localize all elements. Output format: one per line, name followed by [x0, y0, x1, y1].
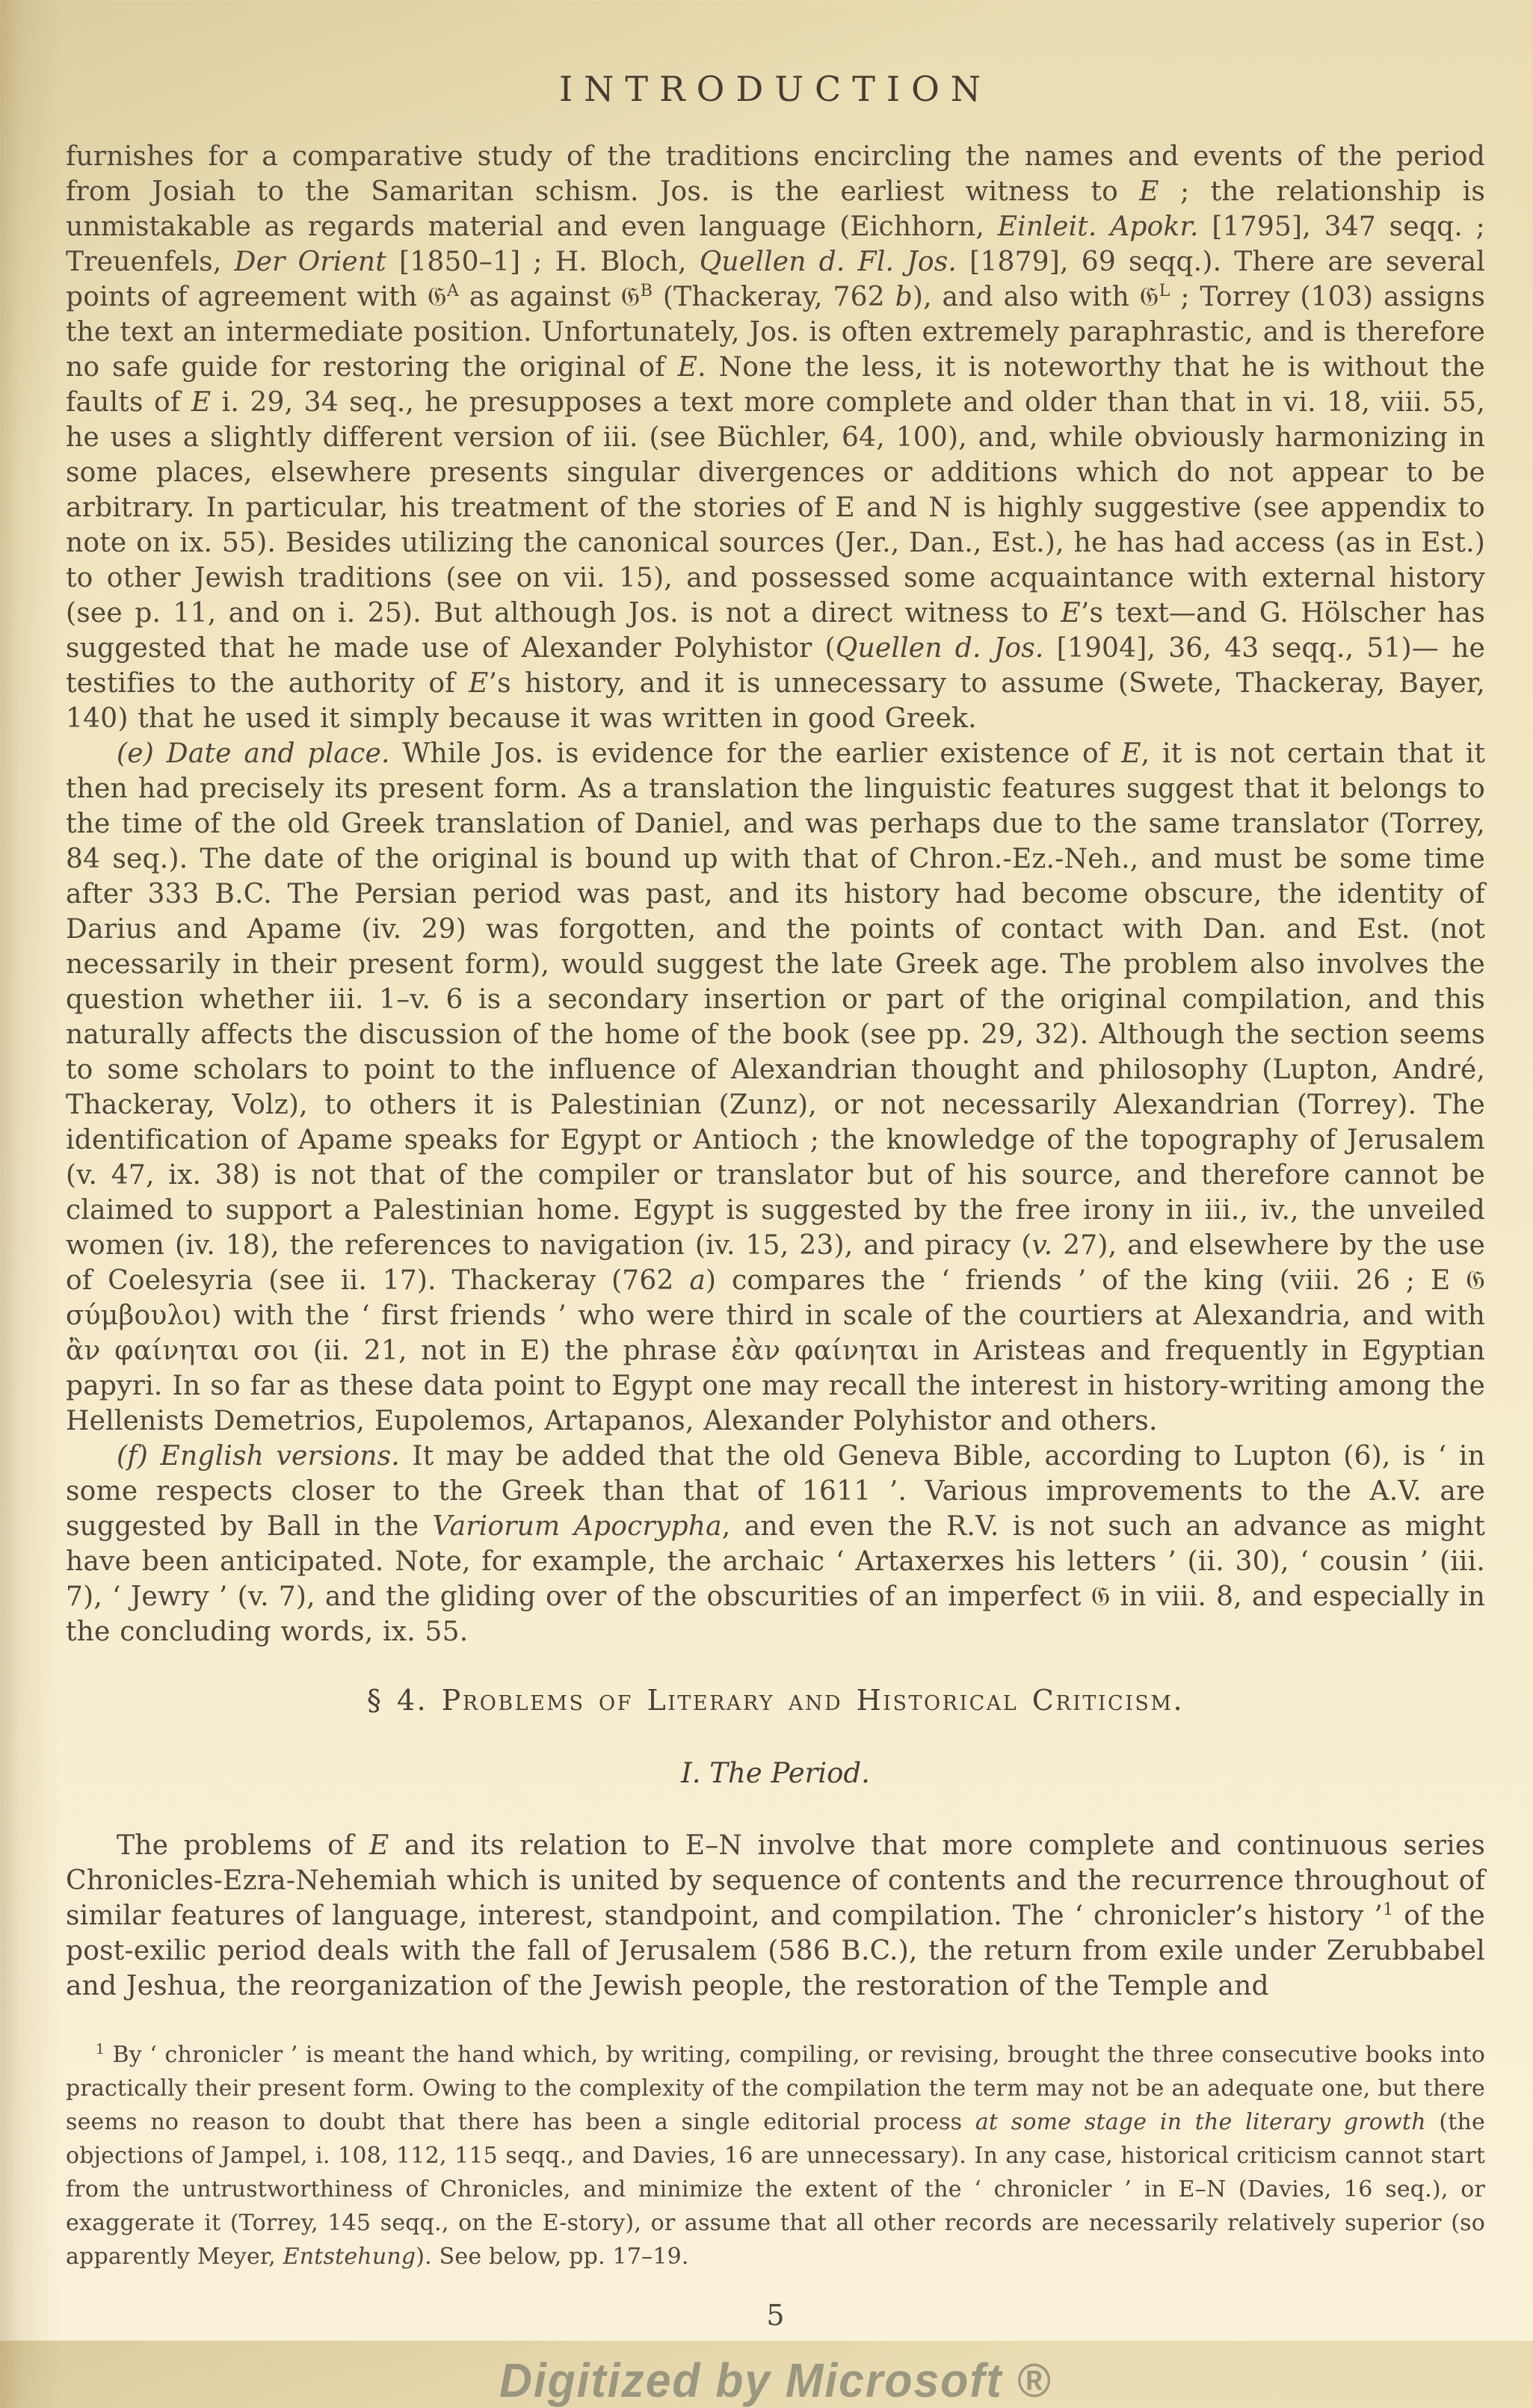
body-text: furnishes for a comparative study of the… [66, 139, 1485, 1649]
body-paragraph-the-period: The problems of E and its relation to E–… [66, 1828, 1485, 2004]
page-number: 5 [66, 2299, 1485, 2332]
body-text-section-4: The problems of E and its relation to E–… [66, 1828, 1485, 2004]
section-subheading: I. The Period. [66, 1757, 1485, 1789]
body-paragraph-english-versions: (f) English versions. It may be added th… [66, 1439, 1485, 1649]
section-heading: § 4. Problems of Literary and Historical… [66, 1684, 1485, 1717]
page-title: INTRODUCTION [66, 69, 1485, 109]
body-paragraph: furnishes for a comparative study of the… [66, 139, 1485, 736]
body-paragraph-date-and-place: (e) Date and place. While Jos. is eviden… [66, 736, 1485, 1439]
book-page: INTRODUCTION furnishes for a comparative… [0, 0, 1533, 2341]
footnote: 1 By ‘ chronicler ’ is meant the hand wh… [66, 2038, 1485, 2273]
